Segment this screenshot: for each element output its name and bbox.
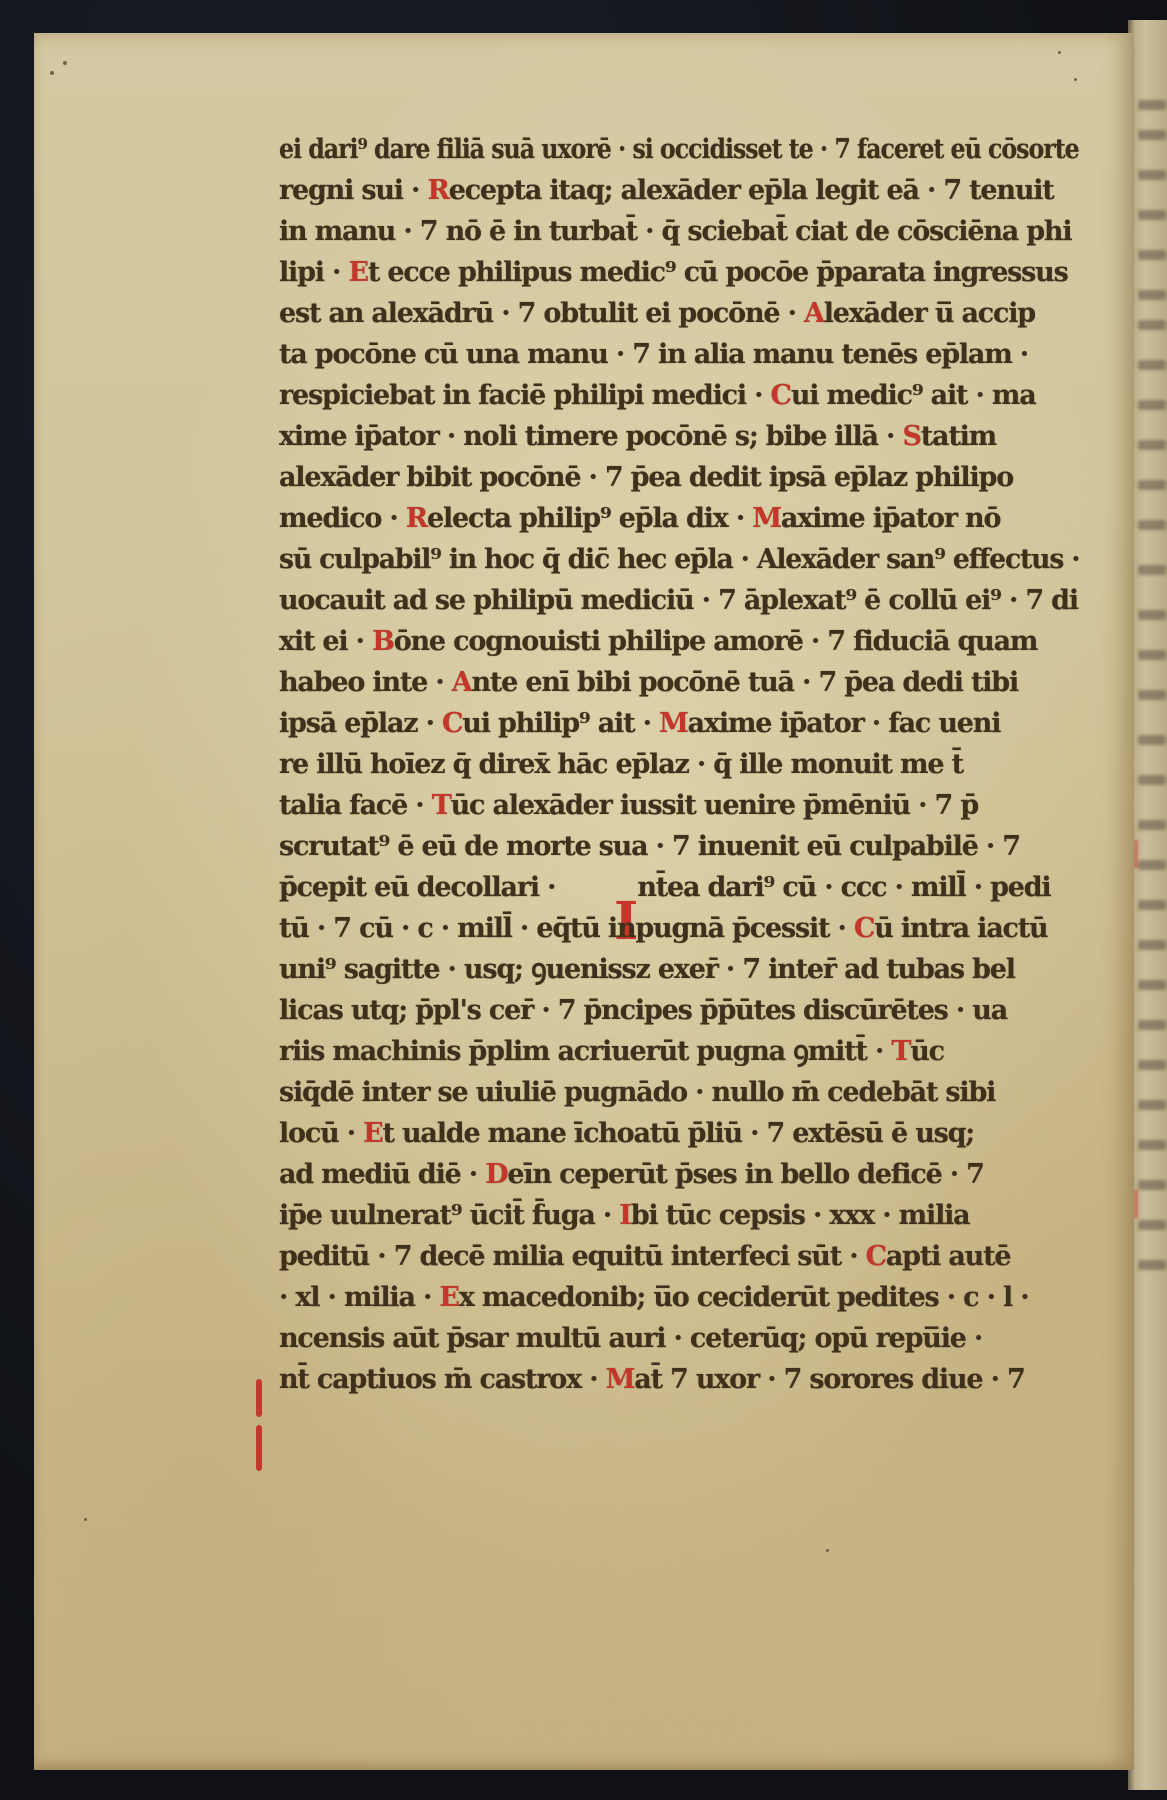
- text-line-13: xit ei · Bōne cognouisti philipe amorē ·…: [279, 621, 1079, 662]
- rubric-initial: A: [452, 667, 472, 698]
- text-line-31: nt̄ captiuos m̄ castrox · Mat̄ 7 uxor · …: [279, 1359, 1079, 1400]
- red-initial-J-2: [256, 1425, 262, 1471]
- text-block: ei dari⁹ dare filiā suā uxorē · si occid…: [279, 129, 1079, 1400]
- text-line-19: p̄cepit eū decollari ·nt̄ea dari⁹ cū · c…: [279, 867, 1079, 908]
- rubric-initial: E: [348, 257, 367, 288]
- rubric-initial: A: [804, 298, 824, 329]
- text-line-26: ad mediū diē · Deīn ceperūt p̄ses in bel…: [279, 1154, 1079, 1195]
- text-line-18: scrutat⁹ ē eū de morte sua · 7 inuenit e…: [279, 826, 1079, 867]
- manuscript-page: I ei dari⁹ dare filiā suā uxorē · si occ…: [34, 33, 1134, 1770]
- rubric-initial: M: [659, 708, 688, 739]
- text-line-1: ei dari⁹ dare filiā suā uxorē · si occid…: [279, 129, 982, 170]
- rubric-initial: T: [432, 790, 451, 821]
- rubric-initial: C: [854, 913, 874, 944]
- rubric-initial: C: [771, 380, 791, 411]
- ink-speck: [63, 61, 67, 65]
- text-line-24: siq̄dē inter se uiuliē pugnādo · nullo m…: [279, 1072, 1079, 1113]
- text-line-12: uocauit ad se philipū mediciū · 7 āplexa…: [279, 580, 1079, 621]
- text-line-14: habeo inte · Ante enī bibi pocōnē tuā · …: [279, 662, 1079, 703]
- text-line-20: tū · 7 cū · c · mill̄ · eq̄tū inpugnā p̄…: [279, 908, 1079, 949]
- text-line-7: respiciebat in faciē philipi medici · Cu…: [279, 375, 1079, 416]
- text-line-11: sū culpabil⁹ in hoc q̄ dic̄ hec ep̄la · …: [279, 539, 1069, 580]
- ink-speck: [50, 71, 54, 75]
- text-line-5: est an alexādrū · 7 obtulit ei pocōnē · …: [279, 293, 1079, 334]
- rubric-initial: D: [485, 1159, 507, 1190]
- rubric-initial: C: [442, 708, 462, 739]
- rubric-initial: R: [406, 503, 427, 534]
- text-line-21: uni⁹ sagitte · usq; ꝯuenissz exer̄ · 7 i…: [279, 949, 1079, 990]
- rubric-initial: T: [891, 1036, 910, 1067]
- ink-speck: [84, 1518, 87, 1521]
- text-line-6: ta pocōne cū una manu · 7 in alia manu t…: [279, 334, 1079, 375]
- rubric-initial: M: [752, 503, 781, 534]
- rubric-initial: E: [439, 1282, 458, 1313]
- text-line-17: talia facē · Tūc alexāder iussit uenire …: [279, 785, 1079, 826]
- text-line-3: in manu · 7 nō ē in turbat̄ · q̄ sciebat…: [279, 211, 1079, 252]
- text-line-15: ipsā ep̄laz · Cui philip⁹ ait · Maxime i…: [279, 703, 1079, 744]
- rubric-initial: R: [427, 175, 448, 206]
- text-line-16: re illū hoīez q̄ direx̄ hāc ep̄laz · q̄ …: [279, 744, 1079, 785]
- rubric-initial: S: [902, 421, 920, 452]
- rubric-initial: M: [606, 1364, 635, 1395]
- text-line-29: · xl · milia · Ex macedonib; u̅o cecider…: [279, 1277, 1079, 1318]
- text-line-23: riis machinis p̄plim acriuerūt pugna ꝯmi…: [279, 1031, 1079, 1072]
- text-line-28: peditū · 7 decē milia equitū interfeci s…: [279, 1236, 1079, 1277]
- text-line-4: lipi · Et ecce philipus medic⁹ cū pocōe …: [279, 252, 1079, 293]
- text-line-22: licas utq; p̄pl's cer̄ · 7 p̄ncipes p̄p̄…: [279, 990, 1079, 1031]
- red-initial-J-1: [256, 1379, 262, 1417]
- rubric-initial: B: [372, 626, 394, 657]
- text-line-25: locū · Et ualde mane īchoatū p̄liū · 7 e…: [279, 1113, 1079, 1154]
- ink-speck: [1074, 78, 1077, 81]
- ink-speck: [826, 1549, 829, 1552]
- rubric-initial: C: [866, 1241, 886, 1272]
- text-line-10: medico · Relecta philip⁹ ep̄la dix · Max…: [279, 498, 1079, 539]
- rubric-initial: E: [363, 1118, 382, 1149]
- text-line-30: ncensis aūt p̄sar multū auri · ceterūq; …: [279, 1318, 1079, 1359]
- text-line-8: xime ip̄ator · noli timere pocōnē s; bib…: [279, 416, 1079, 457]
- text-line-9: alexāder bibit pocōnē · 7 p̄ea dedit ips…: [279, 457, 1079, 498]
- text-line-2: regni sui · Recepta itaq; alexāder ep̄la…: [279, 170, 1079, 211]
- text-line-27: ip̄e uulnerat⁹ ūcit̄ f̄uga · Ibi tūc cep…: [279, 1195, 1079, 1236]
- ink-speck: [1058, 51, 1061, 54]
- rubric-initial: I: [619, 1200, 630, 1231]
